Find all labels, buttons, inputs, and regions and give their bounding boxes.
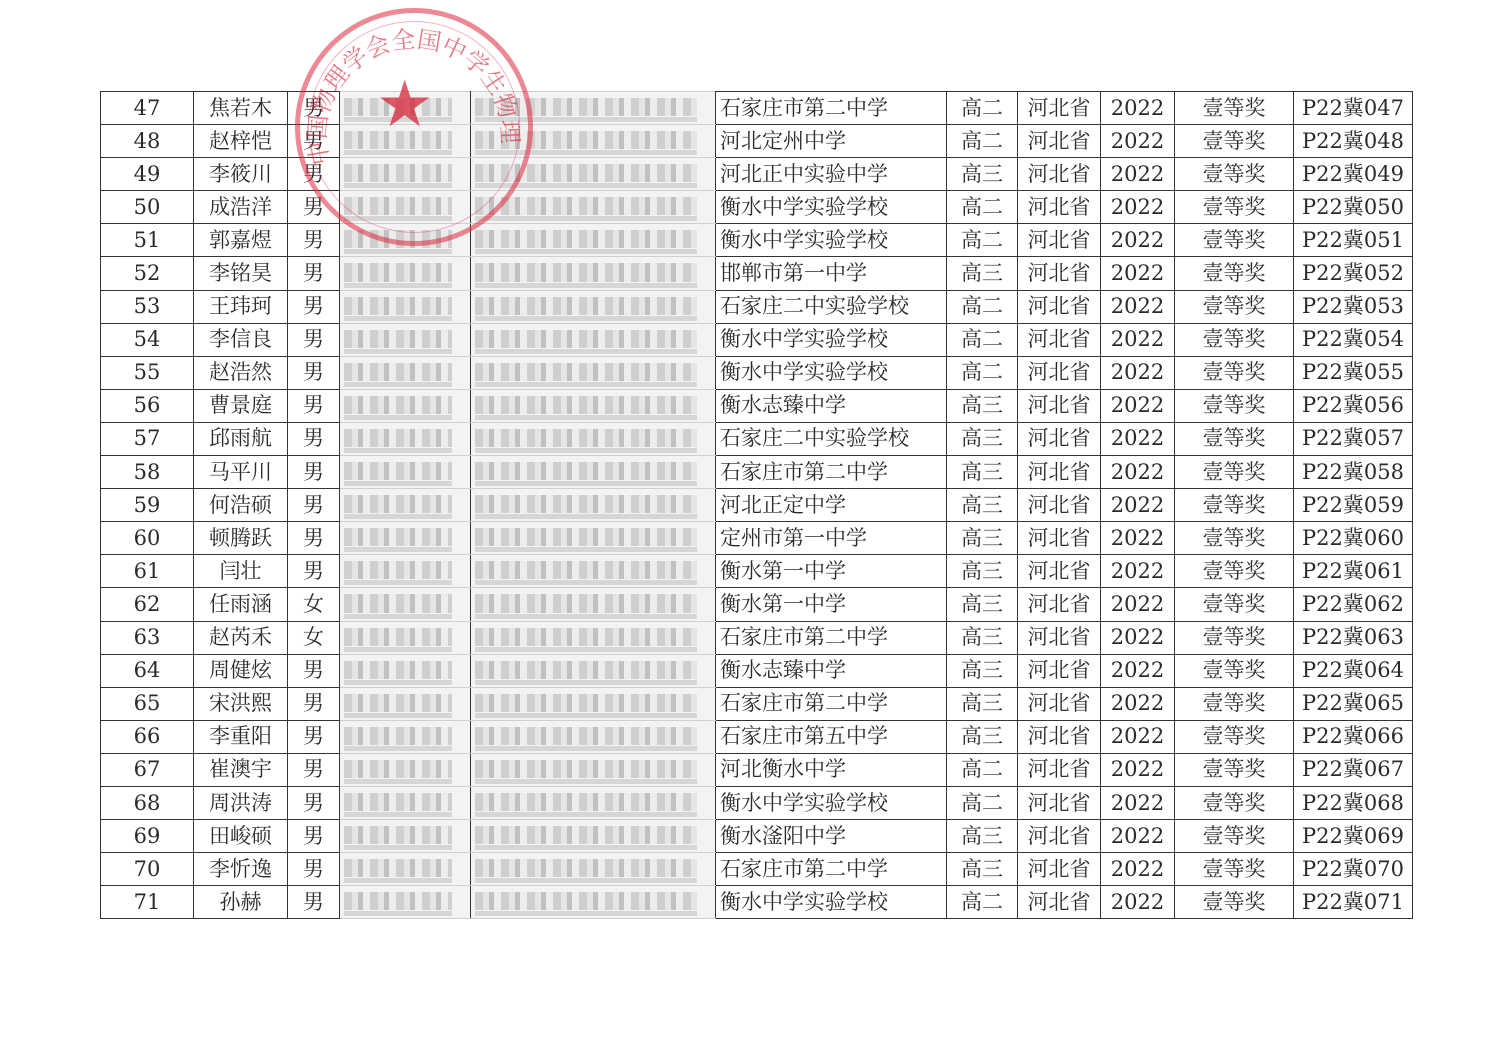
cell-number: 59 (101, 489, 194, 522)
cell-number: 69 (101, 820, 194, 853)
table-row: 49 李筱川 男 河北正中实验中学 高三 河北省 2022 壹等奖 P22冀04… (101, 158, 1413, 191)
cell-grade: 高三 (947, 158, 1018, 191)
cell-school: 邯郸市第一中学 (716, 257, 947, 290)
cell-grade: 高二 (947, 753, 1018, 786)
cell-redacted-id (340, 290, 471, 323)
cell-redacted-id-number (471, 422, 716, 455)
table-row: 48 赵梓恺 男 河北定州中学 高二 河北省 2022 壹等奖 P22冀048 (101, 125, 1413, 158)
redaction-blur (475, 363, 697, 381)
table-row: 56 曹景庭 男 衡水志臻中学 高三 河北省 2022 壹等奖 P22冀056 (101, 389, 1413, 422)
cell-redacted-id-number (471, 224, 716, 257)
cell-award: 壹等奖 (1175, 191, 1294, 224)
cell-redacted-id (340, 224, 471, 257)
cell-name: 孙赫 (194, 886, 288, 919)
redaction-blur (344, 164, 452, 182)
cell-year: 2022 (1101, 522, 1175, 555)
redaction-blur (475, 197, 697, 215)
cell-redacted-id (340, 191, 471, 224)
table-row: 63 赵芮禾 女 石家庄市第二中学 高三 河北省 2022 壹等奖 P22冀06… (101, 621, 1413, 654)
redaction-blur (475, 164, 697, 182)
cell-redacted-id-number (471, 555, 716, 588)
cell-province: 河北省 (1018, 224, 1101, 257)
redaction-blur (344, 760, 452, 778)
cell-gender: 男 (288, 158, 340, 191)
cell-gender: 男 (288, 92, 340, 125)
cell-province: 河北省 (1018, 753, 1101, 786)
cell-gender: 男 (288, 687, 340, 720)
cell-name: 周洪涛 (194, 786, 288, 819)
redaction-blur (475, 429, 697, 447)
cell-redacted-id-number (471, 886, 716, 919)
cell-redacted-id-number (471, 389, 716, 422)
redaction-blur (344, 462, 452, 480)
cell-gender: 男 (288, 853, 340, 886)
cell-gender: 男 (288, 389, 340, 422)
cell-grade: 高二 (947, 191, 1018, 224)
cell-number: 63 (101, 621, 194, 654)
cell-redacted-id (340, 753, 471, 786)
cell-gender: 男 (288, 356, 340, 389)
cell-redacted-id (340, 786, 471, 819)
cell-redacted-id-number (471, 820, 716, 853)
cell-school: 衡水志臻中学 (716, 389, 947, 422)
cell-gender: 男 (288, 489, 340, 522)
redaction-blur (344, 495, 452, 513)
cell-redacted-id (340, 257, 471, 290)
cell-school: 石家庄市第二中学 (716, 687, 947, 720)
table-row: 71 孙赫 男 衡水中学实验学校 高二 河北省 2022 壹等奖 P22冀071 (101, 886, 1413, 919)
redaction-blur (475, 297, 697, 315)
redaction-blur (475, 528, 697, 546)
cell-redacted-id (340, 158, 471, 191)
cell-certificate-code: P22冀069 (1294, 820, 1413, 853)
table-row: 52 李铭昊 男 邯郸市第一中学 高三 河北省 2022 壹等奖 P22冀052 (101, 257, 1413, 290)
redaction-blur (344, 594, 452, 612)
cell-redacted-id-number (471, 158, 716, 191)
cell-name: 李信良 (194, 323, 288, 356)
cell-number: 56 (101, 389, 194, 422)
cell-year: 2022 (1101, 654, 1175, 687)
table-row: 65 宋洪熙 男 石家庄市第二中学 高三 河北省 2022 壹等奖 P22冀06… (101, 687, 1413, 720)
cell-certificate-code: P22冀071 (1294, 886, 1413, 919)
cell-province: 河北省 (1018, 886, 1101, 919)
cell-year: 2022 (1101, 158, 1175, 191)
cell-grade: 高三 (947, 389, 1018, 422)
cell-province: 河北省 (1018, 158, 1101, 191)
cell-name: 马平川 (194, 456, 288, 489)
cell-name: 赵浩然 (194, 356, 288, 389)
redaction-blur (344, 429, 452, 447)
cell-gender: 男 (288, 456, 340, 489)
redaction-blur (344, 727, 452, 745)
table-row: 59 何浩硕 男 河北正定中学 高三 河北省 2022 壹等奖 P22冀059 (101, 489, 1413, 522)
cell-grade: 高三 (947, 489, 1018, 522)
cell-grade: 高二 (947, 224, 1018, 257)
cell-award: 壹等奖 (1175, 687, 1294, 720)
redaction-blur (475, 727, 697, 745)
cell-school: 衡水志臻中学 (716, 654, 947, 687)
cell-province: 河北省 (1018, 489, 1101, 522)
cell-redacted-id-number (471, 489, 716, 522)
cell-number: 52 (101, 257, 194, 290)
cell-year: 2022 (1101, 753, 1175, 786)
cell-number: 65 (101, 687, 194, 720)
cell-gender: 男 (288, 654, 340, 687)
cell-name: 崔澳宇 (194, 753, 288, 786)
redaction-blur (475, 859, 697, 877)
redaction-blur (475, 230, 697, 248)
cell-year: 2022 (1101, 92, 1175, 125)
cell-award: 壹等奖 (1175, 621, 1294, 654)
cell-number: 68 (101, 786, 194, 819)
cell-school: 河北正定中学 (716, 489, 947, 522)
cell-number: 47 (101, 92, 194, 125)
redaction-blur (344, 330, 452, 348)
cell-certificate-code: P22冀055 (1294, 356, 1413, 389)
cell-gender: 女 (288, 588, 340, 621)
cell-year: 2022 (1101, 356, 1175, 389)
cell-certificate-code: P22冀064 (1294, 654, 1413, 687)
table-row: 64 周健炫 男 衡水志臻中学 高三 河北省 2022 壹等奖 P22冀064 (101, 654, 1413, 687)
cell-year: 2022 (1101, 389, 1175, 422)
cell-number: 70 (101, 853, 194, 886)
cell-award: 壹等奖 (1175, 489, 1294, 522)
cell-redacted-id-number (471, 356, 716, 389)
cell-province: 河北省 (1018, 555, 1101, 588)
cell-number: 61 (101, 555, 194, 588)
cell-redacted-id-number (471, 687, 716, 720)
award-table: 47 焦若木 男 石家庄市第二中学 高二 河北省 2022 壹等奖 P22冀04… (100, 91, 1413, 919)
cell-name: 郭嘉煜 (194, 224, 288, 257)
cell-award: 壹等奖 (1175, 456, 1294, 489)
cell-award: 壹等奖 (1175, 522, 1294, 555)
cell-name: 闫壮 (194, 555, 288, 588)
cell-school: 衡水中学实验学校 (716, 356, 947, 389)
cell-grade: 高二 (947, 92, 1018, 125)
cell-award: 壹等奖 (1175, 257, 1294, 290)
cell-gender: 男 (288, 886, 340, 919)
cell-gender: 男 (288, 422, 340, 455)
cell-name: 曹景庭 (194, 389, 288, 422)
cell-award: 壹等奖 (1175, 158, 1294, 191)
cell-grade: 高三 (947, 555, 1018, 588)
cell-redacted-id-number (471, 191, 716, 224)
redaction-blur (475, 330, 697, 348)
redaction-blur (475, 561, 697, 579)
cell-school: 河北定州中学 (716, 125, 947, 158)
redaction-blur (344, 131, 452, 149)
cell-certificate-code: P22冀063 (1294, 621, 1413, 654)
table-row: 68 周洪涛 男 衡水中学实验学校 高二 河北省 2022 壹等奖 P22冀06… (101, 786, 1413, 819)
redaction-blur (475, 131, 697, 149)
cell-year: 2022 (1101, 720, 1175, 753)
redaction-blur (344, 363, 452, 381)
cell-province: 河北省 (1018, 720, 1101, 753)
cell-gender: 男 (288, 555, 340, 588)
redaction-blur (344, 396, 452, 414)
cell-school: 河北正中实验中学 (716, 158, 947, 191)
cell-award: 壹等奖 (1175, 654, 1294, 687)
cell-province: 河北省 (1018, 257, 1101, 290)
cell-award: 壹等奖 (1175, 422, 1294, 455)
cell-name: 邱雨航 (194, 422, 288, 455)
cell-redacted-id (340, 621, 471, 654)
cell-award: 壹等奖 (1175, 356, 1294, 389)
cell-award: 壹等奖 (1175, 224, 1294, 257)
cell-certificate-code: P22冀057 (1294, 422, 1413, 455)
cell-year: 2022 (1101, 489, 1175, 522)
cell-year: 2022 (1101, 191, 1175, 224)
cell-redacted-id (340, 422, 471, 455)
cell-certificate-code: P22冀060 (1294, 522, 1413, 555)
cell-province: 河北省 (1018, 92, 1101, 125)
cell-grade: 高三 (947, 522, 1018, 555)
redaction-blur (344, 197, 452, 215)
cell-name: 宋洪熙 (194, 687, 288, 720)
cell-number: 55 (101, 356, 194, 389)
cell-redacted-id-number (471, 654, 716, 687)
cell-gender: 男 (288, 323, 340, 356)
cell-name: 王玮珂 (194, 290, 288, 323)
cell-school: 衡水中学实验学校 (716, 323, 947, 356)
cell-grade: 高三 (947, 853, 1018, 886)
table-row: 70 李忻逸 男 石家庄市第二中学 高三 河北省 2022 壹等奖 P22冀07… (101, 853, 1413, 886)
cell-grade: 高三 (947, 456, 1018, 489)
cell-number: 62 (101, 588, 194, 621)
cell-school: 河北衡水中学 (716, 753, 947, 786)
cell-number: 53 (101, 290, 194, 323)
table-row: 60 顿腾跃 男 定州市第一中学 高三 河北省 2022 壹等奖 P22冀060 (101, 522, 1413, 555)
cell-redacted-id (340, 720, 471, 753)
cell-redacted-id-number (471, 753, 716, 786)
cell-certificate-code: P22冀058 (1294, 456, 1413, 489)
cell-grade: 高二 (947, 356, 1018, 389)
cell-year: 2022 (1101, 687, 1175, 720)
cell-redacted-id-number (471, 92, 716, 125)
cell-grade: 高三 (947, 820, 1018, 853)
cell-redacted-id-number (471, 323, 716, 356)
cell-grade: 高三 (947, 654, 1018, 687)
cell-province: 河北省 (1018, 621, 1101, 654)
cell-name: 赵梓恺 (194, 125, 288, 158)
award-list-sheet: 47 焦若木 男 石家庄市第二中学 高二 河北省 2022 壹等奖 P22冀04… (100, 91, 1413, 919)
cell-province: 河北省 (1018, 125, 1101, 158)
table-row: 57 邱雨航 男 石家庄二中实验学校 高三 河北省 2022 壹等奖 P22冀0… (101, 422, 1413, 455)
table-row: 53 王玮珂 男 石家庄二中实验学校 高二 河北省 2022 壹等奖 P22冀0… (101, 290, 1413, 323)
cell-province: 河北省 (1018, 389, 1101, 422)
cell-redacted-id (340, 687, 471, 720)
cell-province: 河北省 (1018, 323, 1101, 356)
table-row: 61 闫壮 男 衡水第一中学 高三 河北省 2022 壹等奖 P22冀061 (101, 555, 1413, 588)
cell-redacted-id (340, 588, 471, 621)
cell-gender: 男 (288, 191, 340, 224)
cell-name: 焦若木 (194, 92, 288, 125)
cell-school: 石家庄市第五中学 (716, 720, 947, 753)
cell-province: 河北省 (1018, 820, 1101, 853)
cell-school: 衡水滏阳中学 (716, 820, 947, 853)
table-row: 50 成浩洋 男 衡水中学实验学校 高二 河北省 2022 壹等奖 P22冀05… (101, 191, 1413, 224)
redaction-blur (344, 661, 452, 679)
cell-school: 衡水中学实验学校 (716, 191, 947, 224)
redaction-blur (475, 892, 697, 910)
cell-year: 2022 (1101, 853, 1175, 886)
cell-award: 壹等奖 (1175, 820, 1294, 853)
cell-year: 2022 (1101, 456, 1175, 489)
cell-grade: 高三 (947, 257, 1018, 290)
cell-year: 2022 (1101, 621, 1175, 654)
cell-year: 2022 (1101, 290, 1175, 323)
cell-certificate-code: P22冀061 (1294, 555, 1413, 588)
cell-grade: 高三 (947, 422, 1018, 455)
cell-award: 壹等奖 (1175, 323, 1294, 356)
cell-gender: 女 (288, 621, 340, 654)
cell-award: 壹等奖 (1175, 886, 1294, 919)
cell-year: 2022 (1101, 820, 1175, 853)
cell-gender: 男 (288, 786, 340, 819)
cell-year: 2022 (1101, 125, 1175, 158)
cell-number: 54 (101, 323, 194, 356)
redaction-blur (344, 230, 452, 248)
cell-certificate-code: P22冀070 (1294, 853, 1413, 886)
cell-redacted-id-number (471, 621, 716, 654)
table-row: 55 赵浩然 男 衡水中学实验学校 高二 河北省 2022 壹等奖 P22冀05… (101, 356, 1413, 389)
redaction-blur (344, 297, 452, 315)
cell-redacted-id (340, 522, 471, 555)
redaction-blur (475, 661, 697, 679)
award-table-body: 47 焦若木 男 石家庄市第二中学 高二 河北省 2022 壹等奖 P22冀04… (101, 92, 1413, 919)
cell-redacted-id-number (471, 522, 716, 555)
cell-redacted-id (340, 489, 471, 522)
cell-school: 衡水中学实验学校 (716, 786, 947, 819)
redaction-blur (344, 826, 452, 844)
cell-province: 河北省 (1018, 654, 1101, 687)
cell-gender: 男 (288, 290, 340, 323)
cell-certificate-code: P22冀051 (1294, 224, 1413, 257)
redaction-blur (475, 628, 697, 646)
redaction-blur (475, 694, 697, 712)
cell-gender: 男 (288, 522, 340, 555)
cell-number: 67 (101, 753, 194, 786)
cell-province: 河北省 (1018, 456, 1101, 489)
cell-province: 河北省 (1018, 522, 1101, 555)
table-row: 51 郭嘉煜 男 衡水中学实验学校 高二 河北省 2022 壹等奖 P22冀05… (101, 224, 1413, 257)
cell-grade: 高三 (947, 588, 1018, 621)
cell-grade: 高三 (947, 621, 1018, 654)
cell-certificate-code: P22冀062 (1294, 588, 1413, 621)
cell-number: 50 (101, 191, 194, 224)
cell-award: 壹等奖 (1175, 786, 1294, 819)
table-row: 58 马平川 男 石家庄市第二中学 高三 河北省 2022 壹等奖 P22冀05… (101, 456, 1413, 489)
cell-name: 何浩硕 (194, 489, 288, 522)
cell-certificate-code: P22冀068 (1294, 786, 1413, 819)
redaction-blur (344, 694, 452, 712)
cell-certificate-code: P22冀065 (1294, 687, 1413, 720)
cell-grade: 高二 (947, 125, 1018, 158)
cell-number: 57 (101, 422, 194, 455)
cell-number: 64 (101, 654, 194, 687)
cell-year: 2022 (1101, 786, 1175, 819)
cell-certificate-code: P22冀059 (1294, 489, 1413, 522)
cell-grade: 高二 (947, 786, 1018, 819)
cell-gender: 男 (288, 820, 340, 853)
cell-number: 58 (101, 456, 194, 489)
cell-certificate-code: P22冀052 (1294, 257, 1413, 290)
cell-redacted-id (340, 389, 471, 422)
cell-name: 李重阳 (194, 720, 288, 753)
redaction-blur (344, 561, 452, 579)
table-row: 66 李重阳 男 石家庄市第五中学 高三 河北省 2022 壹等奖 P22冀06… (101, 720, 1413, 753)
cell-redacted-id (340, 555, 471, 588)
cell-gender: 男 (288, 257, 340, 290)
cell-name: 成浩洋 (194, 191, 288, 224)
cell-redacted-id-number (471, 125, 716, 158)
cell-certificate-code: P22冀067 (1294, 753, 1413, 786)
table-row: 69 田峻硕 男 衡水滏阳中学 高三 河北省 2022 壹等奖 P22冀069 (101, 820, 1413, 853)
cell-province: 河北省 (1018, 853, 1101, 886)
cell-award: 壹等奖 (1175, 92, 1294, 125)
cell-name: 李筱川 (194, 158, 288, 191)
cell-award: 壹等奖 (1175, 588, 1294, 621)
redaction-blur (344, 859, 452, 877)
cell-school: 石家庄市第二中学 (716, 456, 947, 489)
cell-year: 2022 (1101, 257, 1175, 290)
redaction-blur (475, 495, 697, 513)
redaction-blur (344, 793, 452, 811)
cell-number: 49 (101, 158, 194, 191)
redaction-blur (344, 98, 452, 116)
cell-school: 定州市第一中学 (716, 522, 947, 555)
cell-certificate-code: P22冀053 (1294, 290, 1413, 323)
cell-school: 衡水中学实验学校 (716, 886, 947, 919)
cell-name: 李铭昊 (194, 257, 288, 290)
cell-name: 田峻硕 (194, 820, 288, 853)
cell-certificate-code: P22冀066 (1294, 720, 1413, 753)
redaction-blur (475, 793, 697, 811)
redaction-blur (344, 892, 452, 910)
cell-year: 2022 (1101, 422, 1175, 455)
redaction-blur (344, 528, 452, 546)
table-row: 47 焦若木 男 石家庄市第二中学 高二 河北省 2022 壹等奖 P22冀04… (101, 92, 1413, 125)
cell-award: 壹等奖 (1175, 853, 1294, 886)
cell-award: 壹等奖 (1175, 753, 1294, 786)
cell-name: 李忻逸 (194, 853, 288, 886)
table-row: 67 崔澳宇 男 河北衡水中学 高二 河北省 2022 壹等奖 P22冀067 (101, 753, 1413, 786)
cell-redacted-id (340, 125, 471, 158)
cell-school: 石家庄市第二中学 (716, 621, 947, 654)
cell-gender: 男 (288, 720, 340, 753)
cell-redacted-id (340, 886, 471, 919)
cell-school: 衡水第一中学 (716, 588, 947, 621)
redaction-blur (475, 760, 697, 778)
cell-province: 河北省 (1018, 290, 1101, 323)
cell-school: 石家庄市第二中学 (716, 92, 947, 125)
cell-province: 河北省 (1018, 786, 1101, 819)
cell-year: 2022 (1101, 588, 1175, 621)
cell-year: 2022 (1101, 555, 1175, 588)
cell-grade: 高二 (947, 323, 1018, 356)
cell-award: 壹等奖 (1175, 125, 1294, 158)
cell-grade: 高二 (947, 886, 1018, 919)
cell-award: 壹等奖 (1175, 389, 1294, 422)
cell-certificate-code: P22冀049 (1294, 158, 1413, 191)
cell-name: 赵芮禾 (194, 621, 288, 654)
cell-name: 周健炫 (194, 654, 288, 687)
cell-award: 壹等奖 (1175, 555, 1294, 588)
cell-redacted-id (340, 853, 471, 886)
cell-certificate-code: P22冀050 (1294, 191, 1413, 224)
cell-redacted-id-number (471, 853, 716, 886)
cell-gender: 男 (288, 753, 340, 786)
